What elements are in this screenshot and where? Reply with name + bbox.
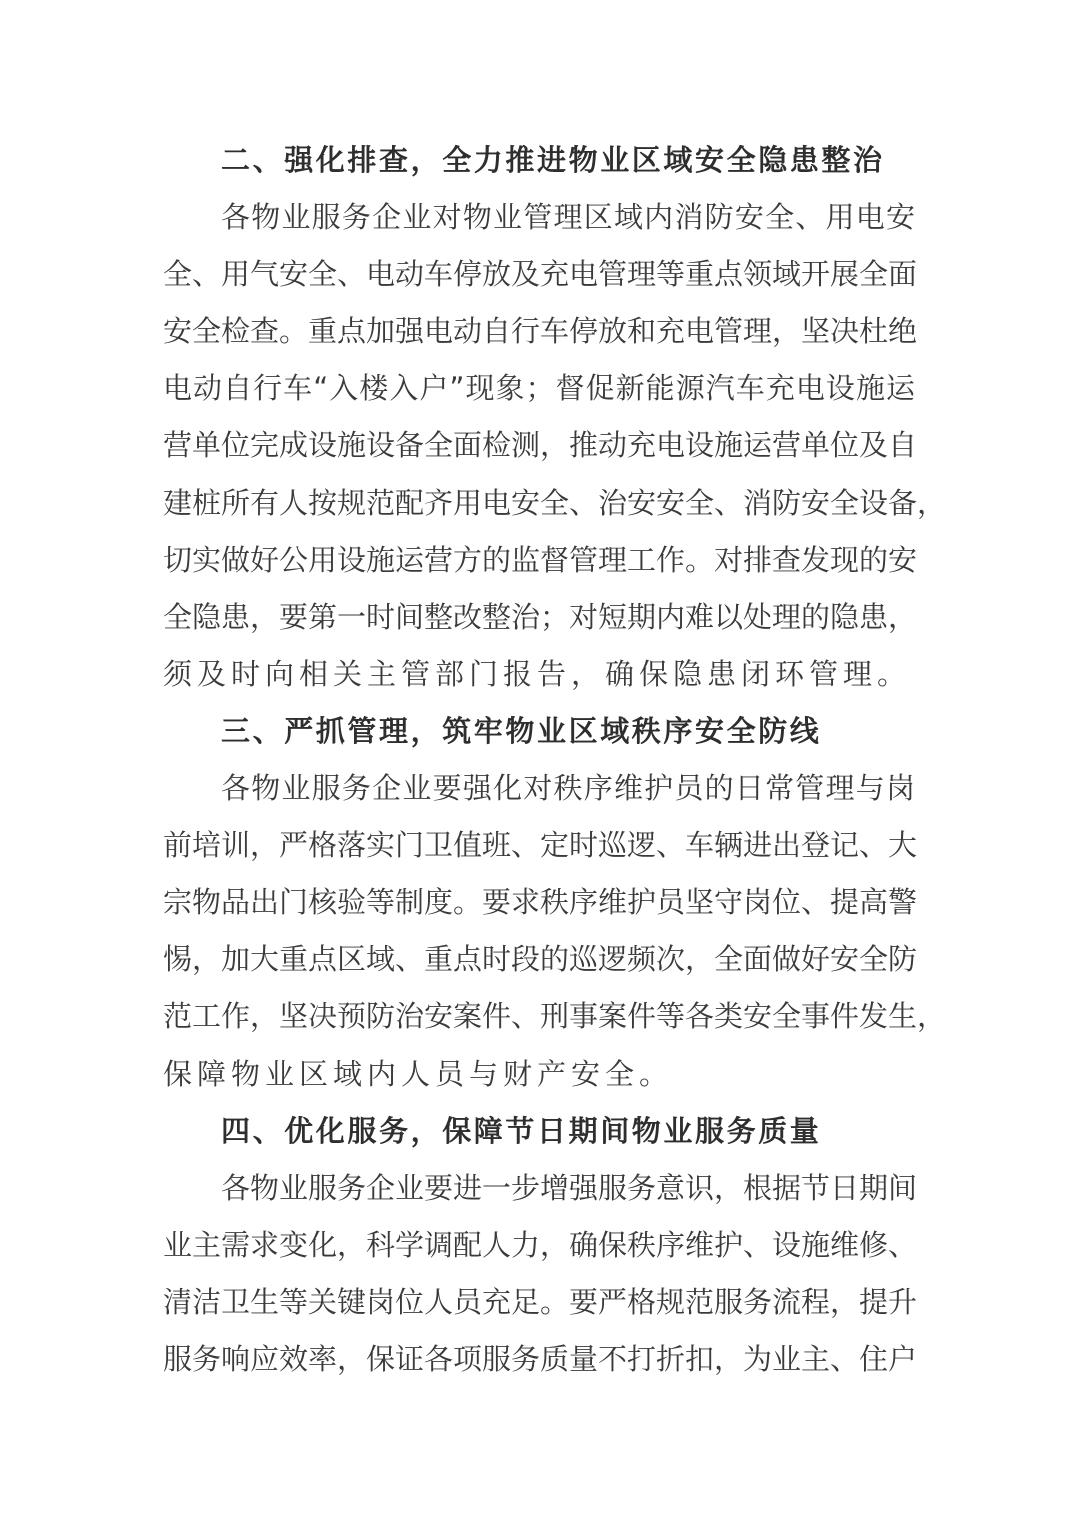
body-line: 服务响应效率，保证各项服务质量不打折扣，为业主、住户	[163, 1339, 915, 1396]
section-4: 四、优化服务，保障节日期间物业服务质量 各物业服务企业要进一步增强服务意识，根据…	[163, 1111, 915, 1396]
body-line: 业主需求变化，科学调配人力，确保秩序维护、设施维修、	[163, 1225, 915, 1282]
body-line: 范工作，坚决预防治安案件、刑事案件等各类安全事件发生，	[163, 996, 915, 1053]
section-heading: 四、优化服务，保障节日期间物业服务质量	[163, 1111, 915, 1168]
body-line: 全隐患，要第一时间整改整治；对短期内难以处理的隐患，	[163, 597, 915, 654]
body-line: 建桩所有人按规范配齐用电安全、治安安全、消防安全设备，	[163, 483, 915, 540]
body-line: 安全检查。重点加强电动自行车停放和充电管理，坚决杜绝	[163, 311, 915, 368]
body-line: 切实做好公用设施运营方的监督管理工作。对排查发现的安	[163, 540, 915, 597]
body-line: 全、用气安全、电动车停放及充电管理等重点领域开展全面	[163, 254, 915, 311]
body-line: 前培训，严格落实门卫值班、定时巡逻、车辆进出登记、大	[163, 825, 915, 882]
body-line: 清洁卫生等关键岗位人员充足。要严格规范服务流程，提升	[163, 1282, 915, 1339]
body-line: 各物业服务企业对物业管理区域内消防安全、用电安	[163, 197, 915, 254]
body-line: 各物业服务企业要强化对秩序维护员的日常管理与岗	[163, 768, 915, 825]
section-3: 三、严抓管理，筑牢物业区域秩序安全防线 各物业服务企业要强化对秩序维护员的日常管…	[163, 711, 915, 1111]
body-line: 须及时向相关主管部门报告，确保隐患闭环管理。	[163, 654, 915, 711]
body-line: 宗物品出门核验等制度。要求秩序维护员坚守岗位、提高警	[163, 882, 915, 939]
section-heading: 三、严抓管理，筑牢物业区域秩序安全防线	[163, 711, 915, 768]
section-heading: 二、强化排查，全力推进物业区域安全隐患整治	[163, 140, 915, 197]
body-line: 电动自行车“入楼入户”现象；督促新能源汽车充电设施运	[163, 368, 915, 425]
body-line: 保障物业区域内人员与财产安全。	[163, 1054, 915, 1111]
body-line: 各物业服务企业要进一步增强服务意识，根据节日期间	[163, 1168, 915, 1225]
body-line: 营单位完成设施设备全面检测，推动充电设施运营单位及自	[163, 425, 915, 482]
section-2: 二、强化排查，全力推进物业区域安全隐患整治 各物业服务企业对物业管理区域内消防安…	[163, 140, 915, 711]
body-line: 惕，加大重点区域、重点时段的巡逻频次，全面做好安全防	[163, 939, 915, 996]
document-page: 二、强化排查，全力推进物业区域安全隐患整治 各物业服务企业对物业管理区域内消防安…	[163, 140, 915, 1396]
